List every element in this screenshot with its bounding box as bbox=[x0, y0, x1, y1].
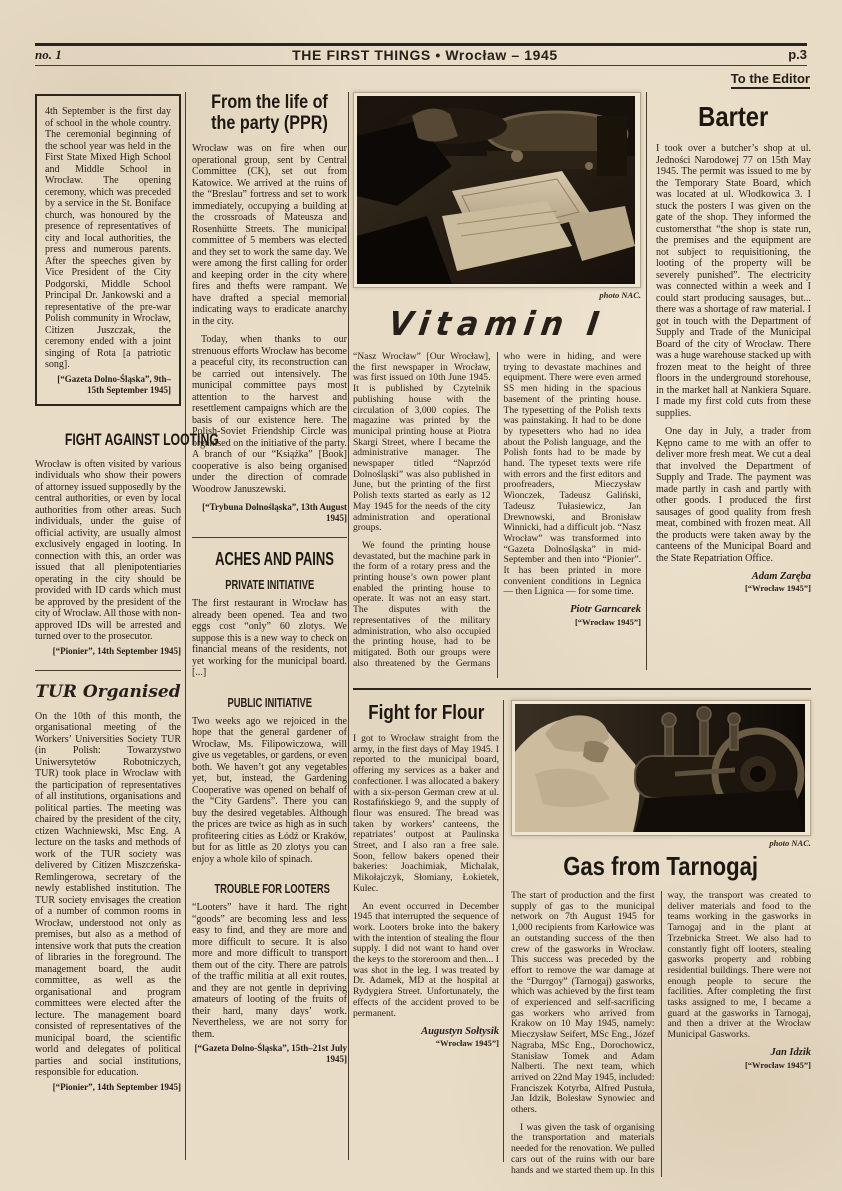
flour-article: Fight for Flour I got to Wrocław straigh… bbox=[353, 702, 499, 1048]
author-name: Piotr Garncarek bbox=[504, 605, 642, 616]
public-initiative-text: Two weeks ago we rejoiced in the hope th… bbox=[192, 716, 347, 866]
newspaper-page: no. 1 THE FIRST THINGS • Wrocław – 1945 … bbox=[0, 0, 842, 1191]
flour-signature: Augustyn Sołtysik “Wrocław 1945”] bbox=[353, 1026, 499, 1048]
ppr-text: Wrocław was on fire when our operational… bbox=[192, 143, 347, 495]
private-initiative-text: The first restaurant in Wrocław has alre… bbox=[192, 598, 347, 679]
vitamin-text: “Nasz Wrocław” [Our Wrocław], the first … bbox=[353, 352, 641, 678]
paragraph: “Nasz Wrocław” [Our Wrocław], the first … bbox=[353, 352, 491, 534]
author-citation: [“Wrocław 1945”] bbox=[668, 1060, 812, 1071]
article-text: 4th September is the first day of school… bbox=[45, 106, 171, 371]
gas-text: The start of production and the first su… bbox=[511, 891, 811, 1177]
column-2: From the life of the party (PPR) Wrocław… bbox=[192, 92, 347, 1065]
paragraph: The start of production and the first su… bbox=[511, 891, 655, 1116]
paragraph: I got to Wrocław straight from the army,… bbox=[353, 734, 499, 895]
tur-headline: TUR Organised bbox=[35, 682, 181, 702]
author-name: Jan Idzik bbox=[668, 1048, 812, 1059]
printing-press-photo bbox=[353, 92, 641, 288]
paragraph: One day in July, a trader from Kępno cam… bbox=[656, 426, 811, 564]
barter-text: I took over a butcher’s shop at ul. Jedn… bbox=[656, 143, 811, 564]
flour-text: I got to Wrocław straight from the army,… bbox=[353, 734, 499, 1019]
trouble-for-looters-subhead: TROUBLE FOR LOOTERS bbox=[192, 881, 347, 896]
barter-article: Barter I took over a butcher’s shop at u… bbox=[656, 101, 811, 593]
header: no. 1 THE FIRST THINGS • Wrocław – 1945 … bbox=[35, 47, 807, 62]
tur-text: On the 10th of this month, the organisat… bbox=[35, 711, 181, 1079]
issue-number: no. 1 bbox=[35, 47, 62, 63]
vitamin-headline: Vitamin I bbox=[353, 304, 641, 343]
paragraph: Today, when thanks to our strenuous effo… bbox=[192, 334, 347, 495]
column-divider bbox=[185, 92, 186, 1160]
looting-headline: FIGHT AGAINST LOOTING bbox=[35, 430, 181, 450]
tur-citation: [“Pionier”, 14th September 1945] bbox=[35, 1082, 181, 1093]
printing-press-photo-image bbox=[357, 96, 635, 284]
author-citation: “Wrocław 1945”] bbox=[353, 1038, 499, 1048]
ppr-citation: [“Trybuna Dolnośląska”, 13th August 1945… bbox=[192, 502, 347, 524]
header-bottom-rule bbox=[35, 65, 807, 66]
author-citation: [“Wrocław 1945”] bbox=[656, 583, 811, 593]
aches-headline: ACHES AND PAINS bbox=[192, 549, 347, 570]
looting-text: Wrocław is often visited by various indi… bbox=[35, 459, 181, 643]
vitamin-signature: Piotr Garncarek [“Wrocław 1945”] bbox=[504, 605, 642, 627]
author-name: Adam Zaręba bbox=[656, 571, 811, 582]
looting-citation: [“Pionier”, 14th September 1945] bbox=[35, 646, 181, 657]
bottom-section-rule bbox=[353, 688, 811, 690]
photo-credit: photo NAC. bbox=[353, 290, 641, 300]
barter-headline: Barter bbox=[656, 101, 811, 133]
gasworks-photo-image bbox=[515, 704, 805, 832]
gas-signature: Jan Idzik [“Wrocław 1945”] bbox=[668, 1048, 812, 1070]
column-divider bbox=[646, 92, 647, 670]
paragraph: I took over a butcher’s shop at ul. Jedn… bbox=[656, 143, 811, 419]
masthead-title: THE FIRST THINGS • Wrocław – 1945 bbox=[292, 47, 558, 63]
paragraph: An event occurred in December 1945 that … bbox=[353, 902, 499, 1020]
aches-citation: [“Gazeta Dolno-Śląska”, 15th–21st July 1… bbox=[192, 1043, 347, 1065]
gasworks-photo bbox=[511, 700, 811, 836]
private-initiative-subhead: PRIVATE INITIATIVE bbox=[192, 577, 347, 592]
paragraph: Wrocław was on fire when our operational… bbox=[192, 143, 347, 327]
author-name: Augustyn Sołtysik bbox=[353, 1026, 499, 1037]
article-citation: [“Gazeta Dolno-Śląska”, 9th–15th Septemb… bbox=[45, 374, 171, 396]
barter-signature: Adam Zaręba [“Wrocław 1945”] bbox=[656, 571, 811, 593]
column-1: 4th September is the first day of school… bbox=[35, 94, 181, 1093]
trouble-for-looters-text: “Looters” have it hard. The right “goods… bbox=[192, 902, 347, 1040]
flour-headline: Fight for Flour bbox=[353, 702, 499, 725]
gas-headline: Gas from Tarnogaj bbox=[511, 851, 811, 882]
section-rule bbox=[192, 537, 347, 538]
vitamin-article: photo NAC. Vitamin I “Nasz Wrocław” [Our… bbox=[353, 92, 641, 678]
page-number: p.3 bbox=[788, 47, 807, 62]
column-divider bbox=[348, 92, 349, 1160]
public-initiative-subhead: PUBLIC INITIATIVE bbox=[192, 695, 347, 710]
ppr-headline: From the life of the party (PPR) bbox=[192, 92, 347, 134]
gas-article: photo NAC. Gas from Tarnogaj The start o… bbox=[511, 700, 811, 1177]
photo-credit: photo NAC. bbox=[511, 838, 811, 848]
to-the-editor-label: To the Editor bbox=[731, 71, 810, 89]
column-divider bbox=[503, 700, 504, 1162]
school-opening-article: 4th September is the first day of school… bbox=[35, 94, 181, 406]
author-citation: [“Wrocław 1945”] bbox=[504, 617, 642, 628]
section-rule bbox=[35, 670, 181, 671]
